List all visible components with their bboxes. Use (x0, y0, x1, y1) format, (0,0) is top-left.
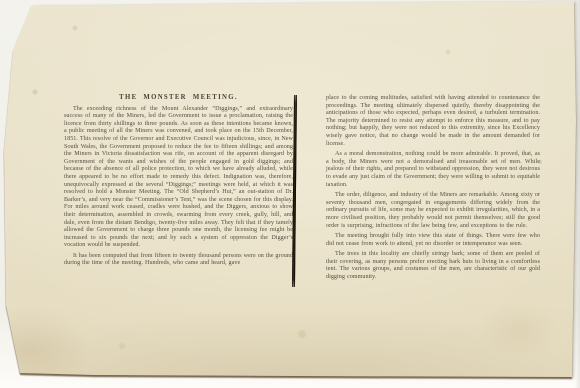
scanned-page: THE MONSTER MEETING. The exceeding richn… (0, 0, 580, 388)
paragraph-right-2: As a moral demonstration, nothing could … (326, 151, 540, 189)
paragraph-right-3: The order, diligence, and industry of th… (326, 192, 540, 230)
paper-shadow-wrapper: THE MONSTER MEETING. The exceeding richn… (0, 0, 580, 388)
scanner-background: THE MONSTER MEETING. The exceeding richn… (0, 0, 580, 388)
paragraph-right-4: The meeting brought fully into view this… (326, 233, 540, 248)
left-text-column: THE MONSTER MEETING. The exceeding richn… (64, 94, 293, 271)
paragraph-right-5: The trees in this locality are chiefly s… (326, 251, 540, 281)
right-text-column: place to the coming multitudes, satisfie… (326, 95, 540, 285)
paragraph-right-1: place to the coming multitudes, satisfie… (326, 95, 540, 148)
paragraph-left-1: The exceeding richness of the Mount Alex… (64, 106, 293, 250)
paragraph-left-2: It has been computed that from fifteen t… (64, 253, 293, 268)
page-title: THE MONSTER MEETING. (64, 94, 293, 102)
